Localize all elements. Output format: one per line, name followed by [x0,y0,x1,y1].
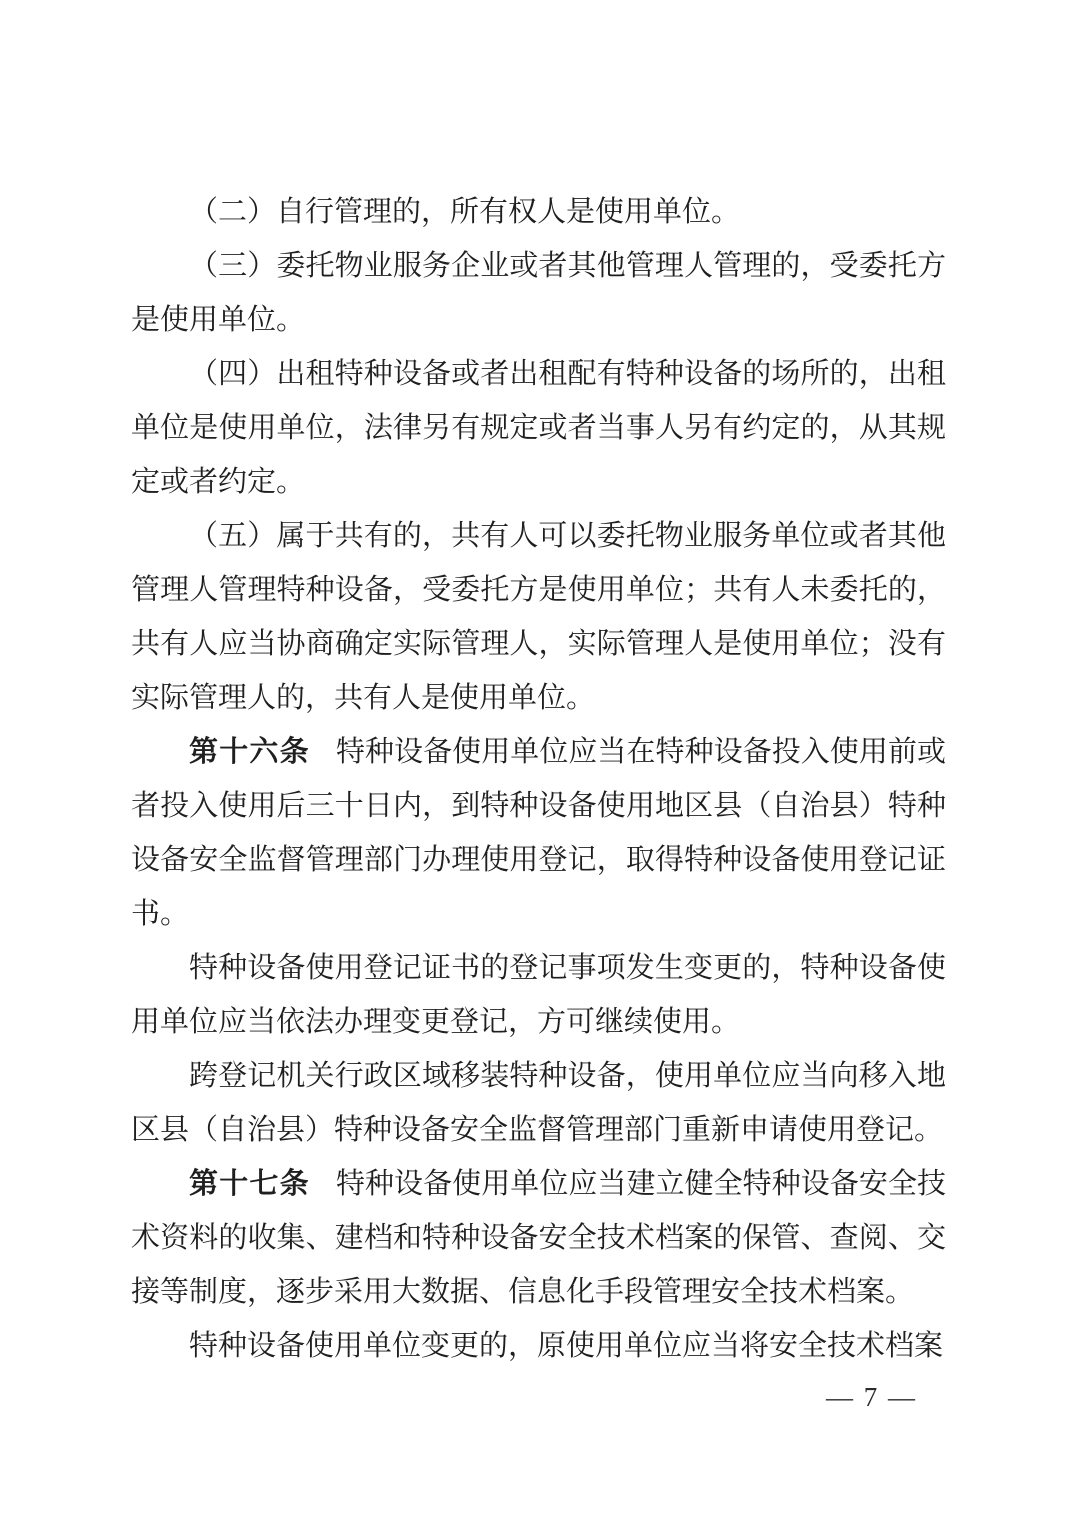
paragraph: （四）出租特种设备或者出租配有特种设备的场所的，出租单位是使用单位，法律另有规定… [131,347,946,509]
paragraph-text: （二）自行管理的，所有权人是使用单位。 [189,196,740,228]
paragraph-text: （四）出租特种设备或者出租配有特种设备的场所的，出租单位是使用单位，法律另有规定… [131,358,946,498]
paragraph: 第十六条特种设备使用单位应当在特种设备投入使用前或者投入使用后三十日内，到特种设… [131,725,946,941]
page-number: — 7 — [826,1382,917,1412]
document-body: （二）自行管理的，所有权人是使用单位。（三）委托物业服务企业或者其他管理人管理的… [131,185,946,1373]
paragraph: 特种设备使用登记证书的登记事项发生变更的，特种设备使用单位应当依法办理变更登记，… [131,941,946,1049]
paragraph: （三）委托物业服务企业或者其他管理人管理的，受委托方是使用单位。 [131,239,946,347]
paragraph: 跨登记机关行政区域移装特种设备，使用单位应当向移入地区县（自治县）特种设备安全监… [131,1049,946,1157]
paragraph: （二）自行管理的，所有权人是使用单位。 [131,185,946,239]
paragraph-text: 特种设备使用单位变更的，原使用单位应当将安全技术档案 [189,1330,943,1362]
article-number: 第十七条 [189,1168,310,1200]
document-page: （二）自行管理的，所有权人是使用单位。（三）委托物业服务企业或者其他管理人管理的… [0,0,1074,1520]
paragraph-text: 特种设备使用登记证书的登记事项发生变更的，特种设备使用单位应当依法办理变更登记，… [131,952,946,1038]
paragraph: 特种设备使用单位变更的，原使用单位应当将安全技术档案 [131,1319,946,1373]
article-number: 第十六条 [189,736,310,768]
paragraph-text: 跨登记机关行政区域移装特种设备，使用单位应当向移入地区县（自治县）特种设备安全监… [131,1060,946,1146]
paragraph: 第十七条特种设备使用单位应当建立健全特种设备安全技术资料的收集、建档和特种设备安… [131,1157,946,1319]
page-footer: — 7 — [826,1380,917,1414]
paragraph-text: （三）委托物业服务企业或者其他管理人管理的，受委托方是使用单位。 [131,250,946,336]
paragraph: （五）属于共有的，共有人可以委托物业服务单位或者其他管理人管理特种设备，受委托方… [131,509,946,725]
paragraph-text: （五）属于共有的，共有人可以委托物业服务单位或者其他管理人管理特种设备，受委托方… [131,520,946,714]
